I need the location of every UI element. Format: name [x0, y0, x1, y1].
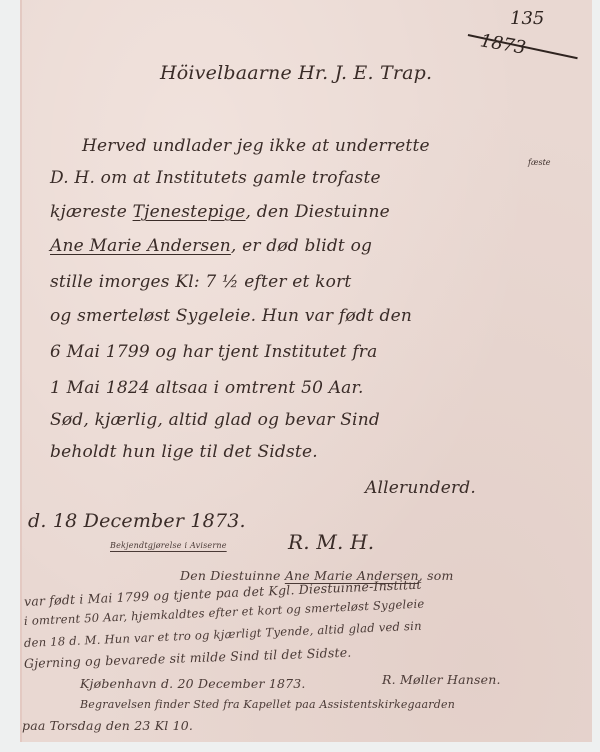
newspaper-annotation: Bekjendtgjørelse i Aviserne: [110, 541, 227, 550]
underlined-text: Ane Marie Andersen: [50, 236, 231, 256]
letter-line-1: Herved undlader jeg ikke at underrette: [82, 136, 430, 156]
letter-line-10: beholdt hun lige til det Sidste.: [50, 442, 318, 462]
letter-line-7: 6 Mai 1799 og har tjent Institutet fra: [50, 342, 377, 362]
archive-numerator: 135: [510, 8, 544, 29]
signature-initials: R. M. H.: [288, 530, 374, 554]
notice-place-date: Kjøbenhavn d. 20 December 1873.: [80, 676, 306, 691]
notice-line-5: Gjerning og bevarede sit milde Sind til …: [24, 645, 352, 671]
letter-line-3: kjæreste Tjenestepige, den Diestuinne: [50, 202, 390, 222]
notice-signature: R. Møller Hansen.: [382, 672, 501, 687]
letter-line-9: Sød, kjærlig, altid glad og bevar Sind: [50, 410, 380, 430]
letter-line-8: 1 Mai 1824 altsaa i omtrent 50 Aar.: [50, 378, 364, 398]
letter-line-6: og smerteløst Sygeleie. Hun var født den: [50, 306, 412, 326]
funeral-line-2: paa Torsdag den 23 Kl 10.: [22, 718, 193, 733]
letter-line-2: D. H. om at Institutets gamle trofaste: [50, 168, 381, 188]
salutation: Höivelbaarne Hr. J. E. Trap.: [160, 62, 432, 84]
letter-line-4: Ane Marie Andersen, er død blidt og: [50, 236, 372, 256]
letter-date: d. 18 December 1873.: [28, 510, 246, 532]
letter-page: 135 1873 Höivelbaarne Hr. J. E. Trap. He…: [20, 0, 592, 742]
letter-line-5: stille imorges Kl: 7 ½ efter et kort: [50, 272, 351, 292]
archive-number: 135 1873: [460, 12, 580, 62]
archive-denominator: 1873: [479, 30, 528, 59]
closing: Allerunderd.: [365, 478, 476, 498]
funeral-line-1: Begravelsen finder Sted fra Kapellet paa…: [80, 698, 455, 711]
insertion-above: fæste: [528, 158, 551, 167]
underlined-text: Tjenestepige: [133, 202, 246, 222]
